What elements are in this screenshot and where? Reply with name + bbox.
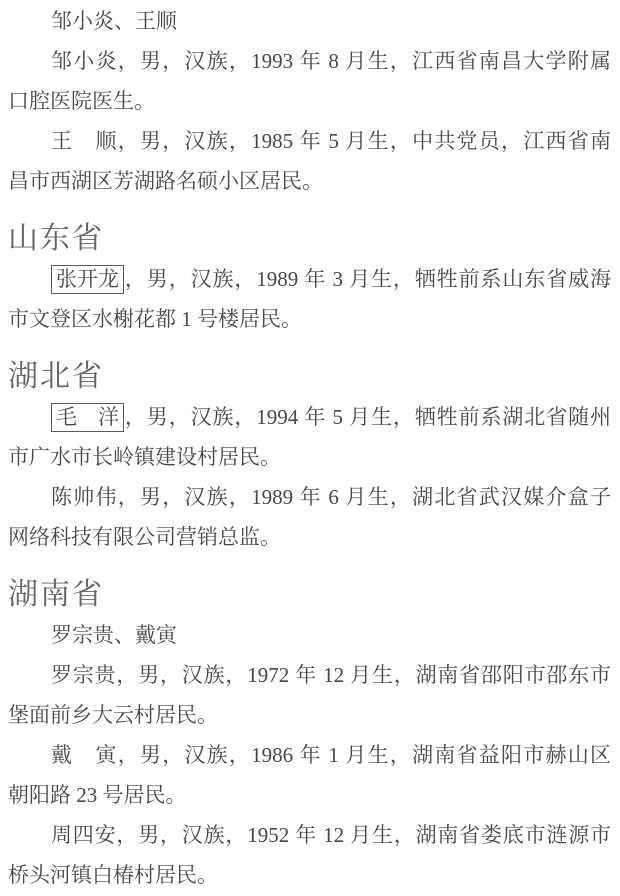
text-line: 罗宗贵、戴寅 [8,615,611,655]
line-text: 网络科技有限公司营销总监。 [8,525,281,549]
line-text: 桥头河镇白椿村居民。 [8,863,218,887]
text-line: 口腔医院医生。 [8,81,611,121]
text-line: 市文登区水榭花都 1 号楼居民。 [8,299,611,339]
text-line: 桥头河镇白椿村居民。 [8,855,611,895]
text-line: 昌市西湖区芳湖路名硕小区居民。 [8,161,611,201]
line-text: 邹小炎、王顺 [51,9,177,33]
line-text: 陈帅伟，男，汉族，1989 年 6 月生，湖北省武汉媒介盒子 [51,485,611,509]
province-heading: 山东省 [8,219,611,259]
line-text: 昌市西湖区芳湖路名硕小区居民。 [8,169,323,193]
text-line: 戴 寅，男，汉族，1986 年 1 月生，湖南省益阳市赫山区 [8,735,611,775]
text-line: 网络科技有限公司营销总监。 [8,517,611,557]
text-line: 王 顺，男，汉族，1985 年 5 月生，中共党员，江西省南 [8,121,611,161]
line-text: 朝阳路 23 号居民。 [8,783,187,807]
line-text: 罗宗贵、戴寅 [51,623,177,647]
boxed-name: 毛 洋 [51,403,124,432]
text-line: 朝阳路 23 号居民。 [8,775,611,815]
text-line: 周四安，男，汉族，1952 年 12 月生，湖南省娄底市涟源市 [8,815,611,855]
line-text: 罗宗贵，男，汉族，1972 年 12 月生，湖南省邵阳市邵东市 [51,663,611,687]
document-page: 邹小炎、王顺邹小炎，男，汉族，1993 年 8 月生，江西省南昌大学附属口腔医院… [0,0,620,896]
line-text: 邹小炎，男，汉族，1993 年 8 月生，江西省南昌大学附属 [51,49,611,73]
line-text: ，男，汉族，1994 年 5 月生，牺牲前系湖北省随州 [124,405,611,429]
boxed-name: 张开龙 [51,265,124,294]
line-text: 市文登区水榭花都 1 号楼居民。 [8,307,302,331]
text-line: 市广水市长岭镇建设村居民。 [8,437,611,477]
province-heading: 湖南省 [8,575,611,615]
text-line: 罗宗贵，男，汉族，1972 年 12 月生，湖南省邵阳市邵东市 [8,655,611,695]
text-line: 毛 洋，男，汉族，1994 年 5 月生，牺牲前系湖北省随州 [8,397,611,437]
text-line: 陈帅伟，男，汉族，1989 年 6 月生，湖北省武汉媒介盒子 [8,477,611,517]
text-line: 邹小炎，男，汉族，1993 年 8 月生，江西省南昌大学附属 [8,41,611,81]
text-line: 堡面前乡大云村居民。 [8,695,611,735]
line-text: 堡面前乡大云村居民。 [8,703,218,727]
text-line: 邹小炎、王顺 [8,1,611,41]
text-line: 张开龙，男，汉族，1989 年 3 月生，牺牲前系山东省威海 [8,259,611,299]
province-heading: 湖北省 [8,357,611,397]
line-text: ，男，汉族，1989 年 3 月生，牺牲前系山东省威海 [124,267,611,291]
line-text: 周四安，男，汉族，1952 年 12 月生，湖南省娄底市涟源市 [51,823,611,847]
line-text: 市广水市长岭镇建设村居民。 [8,445,281,469]
line-text: 戴 寅，男，汉族，1986 年 1 月生，湖南省益阳市赫山区 [51,743,611,767]
line-text: 口腔医院医生。 [8,89,155,113]
line-text: 王 顺，男，汉族，1985 年 5 月生，中共党员，江西省南 [51,129,611,153]
